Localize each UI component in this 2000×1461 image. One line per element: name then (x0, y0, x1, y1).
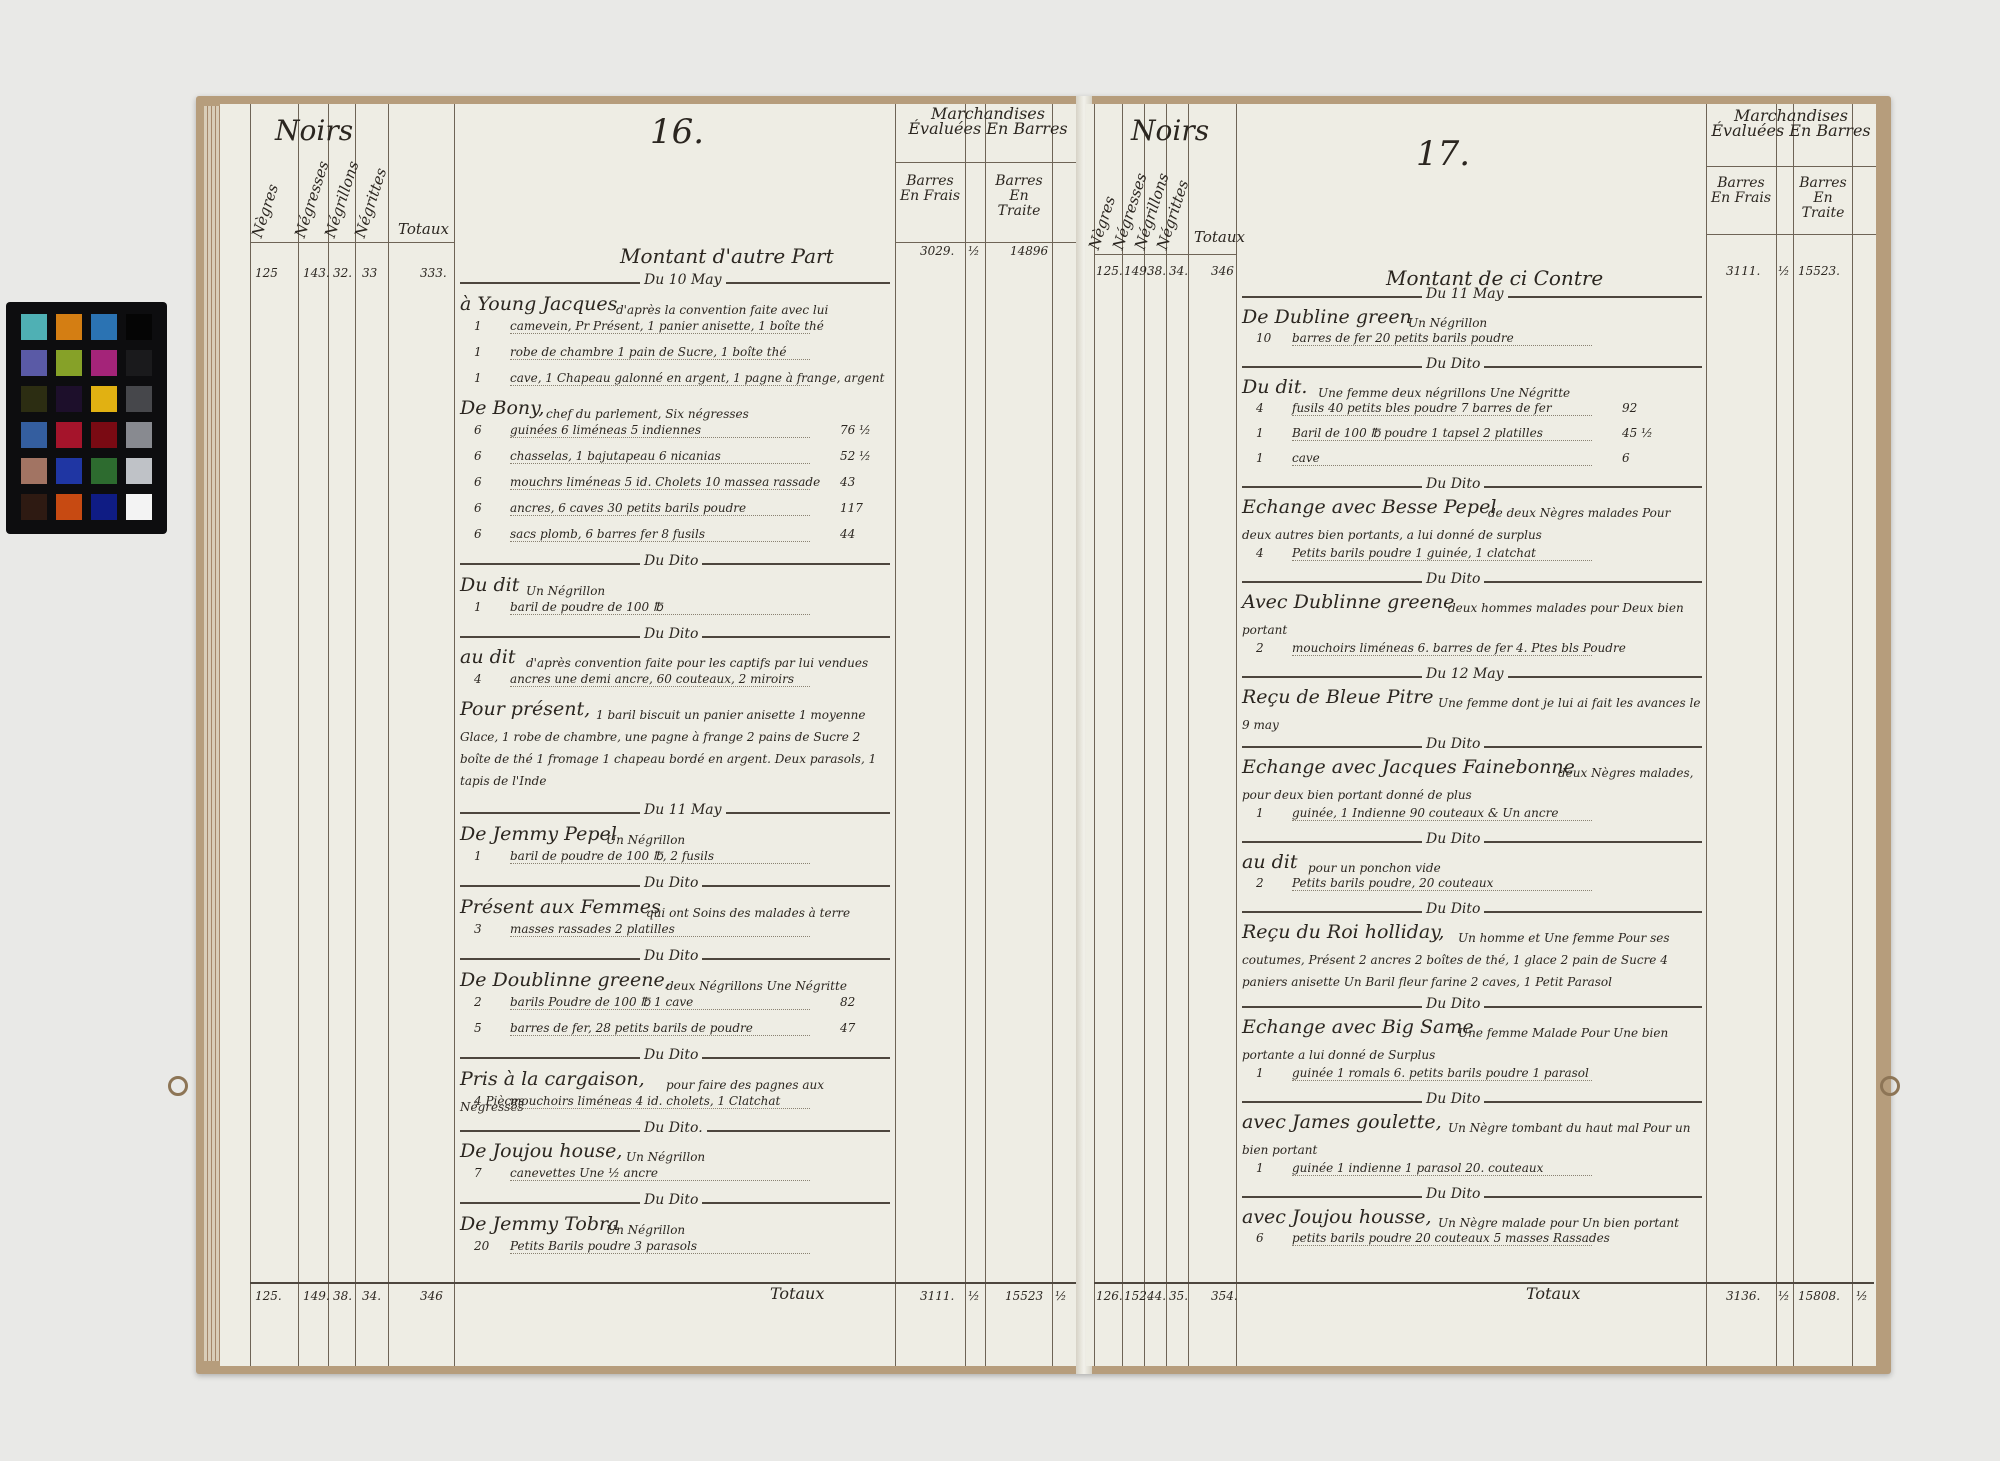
entry-description: Un Négrillon (460, 1146, 890, 1168)
entry-description: qui ont Soins des malades à terre (460, 902, 890, 924)
col-barres-frais: Barres En Frais (1708, 176, 1774, 206)
line-goods: Petits barils poudre 1 guinée, 1 clatcha… (1292, 546, 1592, 561)
line-goods: camevein, Pr Présent, 1 panier anisette,… (510, 319, 810, 334)
line-quantity: 6 (474, 449, 482, 463)
entry-description: deux hommes malades pour Deux bien porta… (1242, 597, 1702, 641)
line-goods: ancres, 6 caves 30 petits barils poudre (510, 501, 810, 516)
line-goods: mouchrs liméneas 5 id. Cholets 10 massea… (510, 475, 810, 490)
open-ledger-book: Noirs Nègres Négresses Négrillons Négrit… (196, 96, 1891, 1374)
total-frais-half: ½ (1778, 1289, 1790, 1303)
color-swatch (91, 422, 117, 448)
total-negres: 126. (1096, 1289, 1123, 1303)
total-totaux: 346 (420, 1289, 443, 1303)
line-goods: cave, 1 Chapeau galonné en argent, 1 pag… (510, 371, 810, 386)
col-totaux: Totaux (1194, 228, 1245, 246)
total-negres: 125. (255, 1289, 282, 1303)
total-negrillons: 38. (333, 1289, 352, 1303)
carried-negrillons: 32. (333, 266, 352, 280)
line-value: 52 ½ (840, 449, 871, 463)
carried-forward-label: Montant d'autre Part (620, 244, 834, 268)
color-swatch (21, 458, 47, 484)
color-swatch (56, 422, 82, 448)
entry-date: Du Dito (1422, 901, 1484, 917)
color-calibration-card (6, 302, 167, 534)
carried-negrittes: 33 (362, 266, 377, 280)
line-value: 82 (840, 995, 855, 1009)
line-goods: fusils 40 petits bles poudre 7 barres de… (1292, 401, 1592, 416)
total-frais: 3111. (920, 1289, 954, 1303)
line-goods: canevettes Une ½ ancre (510, 1166, 810, 1181)
entry-date: Du Dito (1422, 1091, 1484, 1107)
entry-date: Du Dito (640, 553, 702, 569)
entry-date: Du Dito (1422, 571, 1484, 587)
line-goods: petits barils poudre 20 couteaux 5 masse… (1292, 1231, 1592, 1246)
line-goods: baril de poudre de 100 ℔ (510, 600, 810, 615)
carried-totaux: 346 (1211, 264, 1234, 278)
entry-description: de deux Nègres malades Pour deux autres … (1242, 502, 1702, 546)
carried-frais: 3111. (1726, 264, 1760, 278)
line-quantity: 1 (1256, 426, 1264, 440)
line-goods: mouchoirs liméneas 6. barres de fer 4. P… (1292, 641, 1592, 656)
line-quantity: 6 (474, 501, 482, 515)
line-goods: barres de fer 20 petits barils poudre (1292, 331, 1592, 346)
line-goods: baril de poudre de 100 ℔, 2 fusils (510, 849, 810, 864)
color-swatch (91, 458, 117, 484)
line-goods: Petits barils poudre, 20 couteaux (1292, 876, 1592, 891)
total-traite-half: ½ (1055, 1289, 1067, 1303)
entry-date: Du Dito (1422, 996, 1484, 1012)
line-goods: guinée, 1 Indienne 90 couteaux & Un ancr… (1292, 806, 1592, 821)
entry-description: Un Négrillon (460, 1219, 890, 1241)
line-quantity: 2 (1256, 641, 1264, 655)
line-quantity: 7 (474, 1166, 482, 1180)
line-quantity: 6 (474, 475, 482, 489)
color-swatch (126, 494, 152, 520)
line-goods: barils Poudre de 100 ℔ 1 cave (510, 995, 810, 1010)
total-negrittes: 34. (362, 1289, 381, 1303)
carried-totaux: 333. (420, 266, 447, 280)
line-quantity: 1 (1256, 1066, 1264, 1080)
carried-traite: 14896 (1010, 244, 1048, 258)
entry-date: Du Dito (1422, 476, 1484, 492)
line-quantity: 3 (474, 922, 482, 936)
entry-description: Une femme dont je lui ai fait les avance… (1242, 692, 1702, 736)
entry-description: chef du parlement, Six négresses (460, 403, 890, 425)
color-swatch (91, 386, 117, 412)
line-quantity: 1 (474, 371, 482, 385)
line-value: 6 (1622, 451, 1630, 465)
total-negrillons: 44. (1147, 1289, 1166, 1303)
entry-description: Un homme et Une femme Pour ses coutumes,… (1242, 927, 1702, 993)
carried-negrillons: 38. (1147, 264, 1166, 278)
line-quantity: 4 (474, 672, 482, 686)
color-swatch (91, 350, 117, 376)
line-goods: guinée 1 indienne 1 parasol 20. couteaux (1292, 1161, 1592, 1176)
line-value: 117 (840, 501, 863, 515)
line-quantity: 4 (1256, 546, 1264, 560)
color-swatch (21, 494, 47, 520)
entry-description: Un Négrillon (460, 829, 890, 851)
entry-description: Un Négrillon (460, 580, 890, 602)
carried-negres: 125 (255, 266, 278, 280)
line-quantity: 1 (1256, 806, 1264, 820)
entry-description: d'après la convention faite avec lui (460, 299, 890, 321)
line-quantity: 1 (474, 849, 482, 863)
color-swatch (126, 314, 152, 340)
total-negrittes: 35. (1169, 1289, 1188, 1303)
color-swatch (56, 314, 82, 340)
color-swatch (56, 350, 82, 376)
line-goods: cave (1292, 451, 1592, 466)
noirs-header: Noirs (1131, 114, 1209, 147)
total-negresses: 149. (303, 1289, 330, 1303)
entry-date: Du Dito (640, 626, 702, 642)
color-swatch (56, 494, 82, 520)
line-value: 45 ½ (1622, 426, 1653, 440)
color-swatch (126, 458, 152, 484)
line-quantity: 5 (474, 1021, 482, 1035)
ledger-page-17: Noirs Nègres Négresses Négrillons Négrit… (1086, 104, 1876, 1366)
color-swatch (21, 422, 47, 448)
line-value: 76 ½ (840, 423, 871, 437)
line-quantity: 1 (1256, 451, 1264, 465)
total-traite: 15808. (1798, 1289, 1840, 1303)
total-frais: 3136. (1726, 1289, 1760, 1303)
ledger-page-16: Noirs Nègres Négresses Négrillons Négrit… (220, 104, 1081, 1366)
entry-description: 1 baril biscuit un panier anisette 1 moy… (460, 704, 890, 792)
entry-date: Du Dito (640, 875, 702, 891)
col-barres-traite: Barres En Traite (1794, 176, 1852, 221)
line-quantity: 6 (474, 527, 482, 541)
totals-label: Totaux (770, 1284, 824, 1303)
line-quantity: 10 (1256, 331, 1271, 345)
entry-date: Du Dito (1422, 736, 1484, 752)
col-barres-traite: Barres En Traite (988, 174, 1050, 219)
color-swatch (126, 386, 152, 412)
carried-frais-half: ½ (968, 244, 980, 258)
carried-negresses: 143. (303, 266, 330, 280)
color-swatch (21, 314, 47, 340)
line-value: 43 (840, 475, 855, 489)
merch-header: Marchandises Évaluées En Barres (1708, 108, 1874, 138)
total-totaux: 354. (1211, 1289, 1238, 1303)
line-value: 92 (1622, 401, 1637, 415)
line-goods: masses rassades 2 platilles (510, 922, 810, 937)
line-quantity: 6 (474, 423, 482, 437)
carried-negres: 125. (1096, 264, 1123, 278)
total-traite-half: ½ (1856, 1289, 1868, 1303)
page-number: 16. (650, 112, 704, 152)
line-goods: robe de chambre 1 pain de Sucre, 1 boîte… (510, 345, 810, 360)
entry-description: Un Nègre tombant du haut mal Pour un bie… (1242, 1117, 1702, 1161)
carried-negrittes: 34. (1169, 264, 1188, 278)
entry-date: Du Dito (640, 1047, 702, 1063)
entry-date: Du Dito (1422, 831, 1484, 847)
page-number: 17. (1416, 134, 1470, 174)
color-swatch (126, 350, 152, 376)
entry-date: Du Dito (640, 1192, 702, 1208)
binding-tie (168, 1076, 188, 1096)
color-swatch (56, 386, 82, 412)
line-value: 47 (840, 1021, 855, 1035)
line-quantity: 2 (474, 995, 482, 1009)
entry-description: Une femme Malade Pour Une bien portante … (1242, 1022, 1702, 1066)
line-value: 44 (840, 527, 855, 541)
color-swatch (21, 386, 47, 412)
line-quantity: 1 (474, 345, 482, 359)
col-barres-frais: Barres En Frais (897, 174, 963, 204)
line-goods: Baril de 100 ℔ poudre 1 tapsel 2 platill… (1292, 426, 1592, 441)
col-negres: Nègres (248, 182, 282, 240)
merch-header: Marchandises Évaluées En Barres (898, 106, 1078, 136)
line-quantity: 2 (1256, 876, 1264, 890)
entry-description: d'après convention faite pour les captif… (460, 652, 890, 674)
line-quantity: 1 (474, 319, 482, 333)
color-swatch (91, 314, 117, 340)
line-goods: barres de fer, 28 petits barils de poudr… (510, 1021, 810, 1036)
entry-date: Du 11 May (640, 802, 726, 818)
color-swatch (91, 494, 117, 520)
line-goods: guinée 1 romals 6. petits barils poudre … (1292, 1066, 1592, 1081)
noirs-header: Noirs (275, 114, 353, 147)
col-totaux: Totaux (398, 220, 449, 238)
line-quantity: 1 (1256, 1161, 1264, 1175)
line-quantity: 20 (474, 1239, 489, 1253)
line-goods: guinées 6 liméneas 5 indiennes (510, 423, 810, 438)
line-goods: chasselas, 1 bajutapeau 6 nicanias (510, 449, 810, 464)
line-goods: sacs plomb, 6 barres fer 8 fusils (510, 527, 810, 542)
line-goods: ancres une demi ancre, 60 couteaux, 2 mi… (510, 672, 810, 687)
line-quantity: 1 (474, 600, 482, 614)
entry-date: Du 12 May (1422, 666, 1508, 682)
entry-description: deux Négrillons Une Négritte (460, 975, 890, 997)
line-quantity: 6 (1256, 1231, 1264, 1245)
entry-date: Du 11 May (1422, 286, 1508, 302)
line-goods: Petits Barils poudre 3 parasols (510, 1239, 810, 1254)
total-traite: 15523 (1005, 1289, 1043, 1303)
binding-tie (1880, 1076, 1900, 1096)
entry-date: Du Dito (1422, 1186, 1484, 1202)
color-swatch (56, 458, 82, 484)
entry-date: Du 10 May (640, 272, 726, 288)
line-quantity: 4 (1256, 401, 1264, 415)
color-swatch (21, 350, 47, 376)
total-frais-half: ½ (968, 1289, 980, 1303)
entry-description: deux Nègres malades, pour deux bien port… (1242, 762, 1702, 806)
carried-traite: 15523. (1798, 264, 1840, 278)
carried-frais-half: ½ (1778, 264, 1790, 278)
entry-date: Du Dito (1422, 356, 1484, 372)
carried-frais: 3029. (920, 244, 954, 258)
line-goods: mouchoirs liméneas 4 id. cholets, 1 Clat… (510, 1094, 810, 1109)
entry-date: Du Dito (640, 948, 702, 964)
color-swatch (126, 422, 152, 448)
totals-label: Totaux (1526, 1284, 1580, 1303)
entry-date: Du Dito. (640, 1120, 707, 1136)
